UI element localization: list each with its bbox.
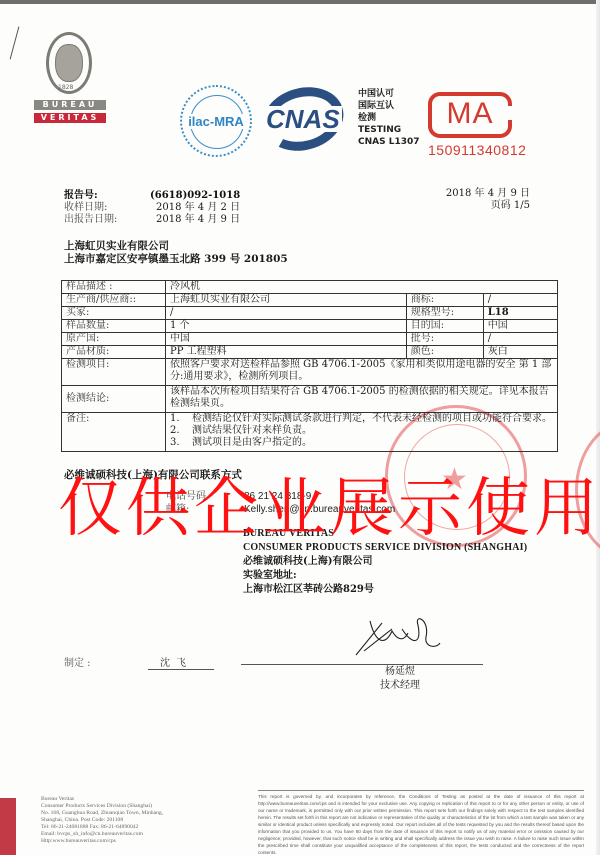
footer-address: Bureau Veritas Consumer Products Service… — [41, 796, 163, 845]
signer-title: 技术经理 — [380, 679, 420, 693]
batch: / — [483, 333, 557, 346]
footer-brand-bar — [0, 798, 16, 855]
manufacturer-label: 生产商/供应商:: — [62, 294, 166, 307]
table-row: 产品材质: PP 工程塑料 颜色: 灰白 — [62, 346, 558, 359]
received-date: 2018 年 4 月 2 日 — [148, 202, 240, 214]
footer-email: Email: bvcps_sh_info@cn.bureauveritas.co… — [41, 831, 163, 838]
material-label: 产品材质: — [62, 346, 166, 359]
cnas-info-line: TESTING — [358, 124, 420, 136]
signature-icon — [352, 615, 442, 657]
bv-year: 1828 — [58, 84, 73, 91]
origin: 中国 — [166, 333, 407, 346]
trademark: / — [483, 294, 557, 307]
table-row: 原产国: 中国 批号: / — [62, 333, 558, 346]
scan-top-edge — [0, 0, 600, 4]
client-address: 上海市嘉定区安亭镇墨玉北路 399 号 201805 — [64, 253, 288, 266]
remark-item: 1. 检测结论仅针对实际测试条款进行判定，不代表未经检测的项目或功能符合要求。 — [170, 413, 553, 425]
material: PP 工程塑料 — [166, 346, 407, 359]
signature-line — [241, 664, 483, 665]
remarks-list: 1. 检测结论仅针对实际测试条款进行判定，不代表未经检测的项目或功能符合要求。 … — [166, 413, 558, 452]
made-by-name: 沈飞 — [148, 654, 214, 670]
table-row: 生产商/供应商:: 上海虹贝实业有限公司 商标: / — [62, 294, 558, 307]
origin-label: 原产国: — [62, 333, 166, 346]
report-date-page: 2018 年 4 月 9 日 页码 1/5 — [446, 188, 530, 212]
conclusion-label: 检测结论: — [62, 386, 166, 413]
footer-address-line: Tel: 86-21-24081888 Fax: 86-21-64890042 — [41, 824, 163, 831]
remark-number: 3. — [170, 437, 192, 449]
remark-item: 3. 测试项目是由客户指定的。 — [170, 437, 553, 449]
model-label: 规格型号: — [406, 307, 483, 320]
footer-address-line: Bureau Veritas — [41, 796, 163, 803]
batch-label: 批号: — [406, 333, 483, 346]
quantity-label: 样品数量: — [62, 320, 166, 333]
report-date: 2018 年 4 月 9 日 — [446, 188, 530, 200]
table-row: 检测项目: 依照客户要求对送检样品参照 GB 4706.1-2005《家用和类似… — [62, 359, 558, 386]
cnas-info-line: 检测 — [358, 112, 420, 124]
footer-address-line: No. 168, Guanghua Road, Zhuanqiao Town, … — [41, 810, 163, 817]
report-meta: 报告号: (6618)092-1018 收样日期: 2018 年 4 月 2 日… — [64, 190, 240, 226]
cnas-info-line: CNAS L1307 — [358, 136, 420, 148]
table-row: 检测结论: 该样品本次所检项目结果符合 GB 4706.1-2005 的检测依据… — [62, 386, 558, 413]
sample-info-table: 样品描述 : 冷风机 生产商/供应商:: 上海虹贝实业有限公司 商标: / 买家… — [61, 280, 558, 452]
signer-name: 杨延煜 — [380, 665, 420, 679]
buyer: / — [166, 307, 407, 320]
footer-legal-notice: This report is governed by, and incorpor… — [258, 790, 584, 855]
lab-address-label: 实验室地址: — [243, 569, 527, 583]
cma-text: MA — [428, 98, 512, 130]
cma-number: 150911340812 — [428, 142, 526, 158]
test-items-label: 检测项目: — [62, 359, 166, 386]
page-number: 页码 1/5 — [446, 200, 530, 212]
bv-veritas-text: VERITAS — [34, 113, 106, 123]
cnas-info-line: 中国认可 — [358, 88, 420, 100]
remark-text: 测试结果仅针对来样负责。 — [192, 425, 312, 437]
report-number-label: 报告号: — [64, 190, 148, 202]
destination-label: 目的国: — [406, 320, 483, 333]
made-by-label: 制定 : — [64, 654, 91, 669]
received-date-label: 收样日期: — [64, 202, 148, 214]
footer-website: Http:www.bureauveritas.com/cps — [41, 838, 163, 845]
remark-number: 1. — [170, 413, 192, 425]
table-row: 样品数量: 1 个 目的国: 中国 — [62, 320, 558, 333]
remark-number: 2. — [170, 425, 192, 437]
remark-text: 检测结论仅针对实际测试条款进行判定，不代表未经检测的项目或功能符合要求。 — [192, 413, 552, 425]
table-row: 样品描述 : 冷风机 — [62, 281, 558, 294]
remark-item: 2. 测试结果仅针对来样负责。 — [170, 425, 553, 437]
quantity: 1 个 — [166, 320, 407, 333]
report-number: (6618)092-1018 — [148, 190, 240, 202]
buyer-label: 买家: — [62, 307, 166, 320]
remark-text: 测试项目是由客户指定的。 — [192, 437, 312, 449]
sample-desc-label: 样品描述 : — [62, 281, 166, 294]
cnas-text: CNAS — [264, 106, 342, 132]
table-row: 备注: 1. 检测结论仅针对实际测试条款进行判定，不代表未经检测的项目或功能符合… — [62, 413, 558, 452]
trademark-label: 商标: — [406, 294, 483, 307]
footer-address-line: Consumer Products Services Division (Sha… — [41, 803, 163, 810]
client-name: 上海虹贝实业有限公司 — [64, 240, 288, 253]
manufacturer: 上海虹贝实业有限公司 — [166, 294, 407, 307]
issued-date-label: 出报告日期: — [64, 214, 148, 226]
ilac-text: ilac-MRA — [188, 114, 244, 129]
model: L18 — [483, 307, 557, 320]
bv-bureau-text: BUREAU — [34, 100, 106, 110]
scan-right-edge — [596, 0, 600, 855]
color-label: 颜色: — [406, 346, 483, 359]
cnas-accreditation-info: 中国认可 国际互认 检测 TESTING CNAS L1307 — [358, 88, 420, 148]
client-block: 上海虹贝实业有限公司 上海市嘉定区安亭镇墨玉北路 399 号 201805 — [64, 240, 288, 266]
issued-date: 2018 年 4 月 9 日 — [148, 214, 240, 226]
sample-desc: 冷风机 — [166, 281, 558, 294]
signer-block: 杨延煜 技术经理 — [380, 665, 420, 693]
ilac-mra-logo: ilac-MRA — [180, 85, 252, 157]
test-items: 依照客户要求对送检样品参照 GB 4706.1-2005《家用和类似用途电器的安… — [166, 359, 558, 386]
cnas-logo: CNAS — [262, 88, 344, 150]
watermark-text: 仅供企业展示使用 — [58, 474, 600, 544]
lab-address: 上海市松江区莘砖公路829号 — [243, 583, 527, 597]
lab-name-cn: 必维诚硕科技(上海)有限公司 — [243, 555, 527, 569]
remarks-label: 备注: — [62, 413, 166, 452]
destination: 中国 — [483, 320, 557, 333]
table-row: 买家: / 规格型号: L18 — [62, 307, 558, 320]
cnas-info-line: 国际互认 — [358, 100, 420, 112]
color: 灰白 — [483, 346, 557, 359]
scan-mark — [10, 26, 20, 59]
cma-logo: MA — [428, 92, 514, 142]
conclusion: 该样品本次所检项目结果符合 GB 4706.1-2005 的检测依据的相关规定。… — [166, 386, 558, 413]
footer-address-line: Shanghai, China. Post Code: 201108 — [41, 817, 163, 824]
